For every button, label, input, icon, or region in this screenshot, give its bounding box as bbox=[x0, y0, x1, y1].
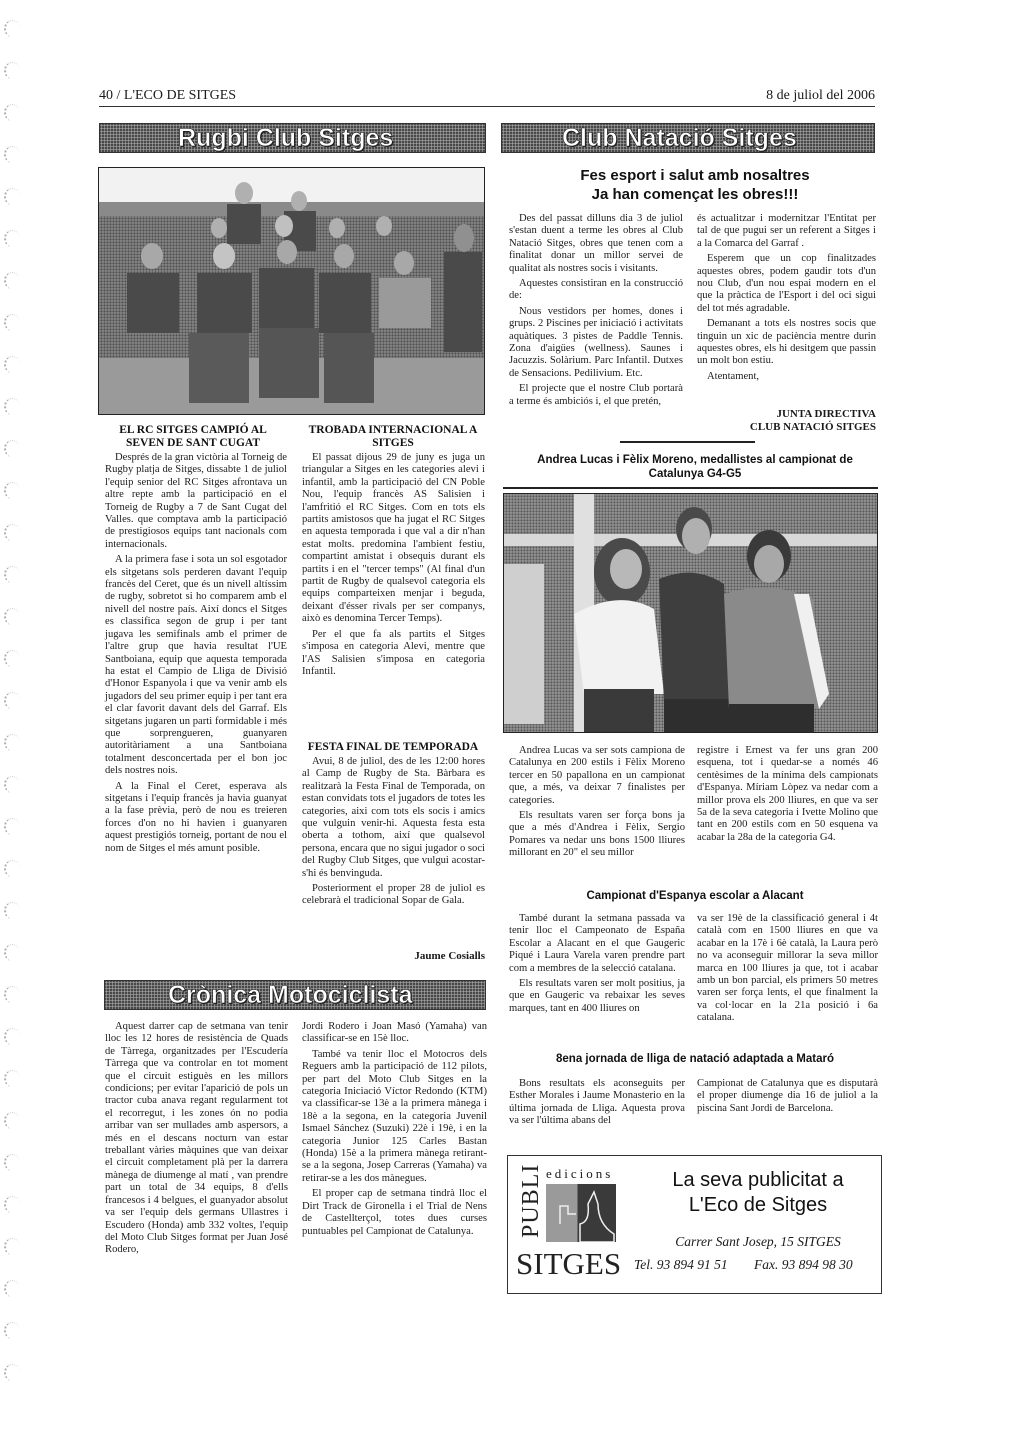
castle-logo-icon bbox=[546, 1184, 616, 1242]
ad-title: La seva publicitat a L'Eco de Sitges bbox=[638, 1168, 878, 1218]
article-title-festa-final: FESTA FINAL DE TEMPORADA bbox=[300, 741, 486, 754]
rugby-team-photo bbox=[98, 167, 485, 415]
article-body-mataro-col1: Bons resultats els aconseguits per Esthe… bbox=[509, 1078, 685, 1131]
ad-address: Carrer Sant Josep, 15 SITGES bbox=[638, 1234, 878, 1250]
article-body-medallistes-col1: Andrea Lucas va ser sots campiona de Cat… bbox=[509, 745, 685, 863]
article-body-festa-final: Avui, 8 de juliol, des de les 12:00 hore… bbox=[302, 756, 485, 911]
mataro-title: 8ena jornada de lliga de natació adaptad… bbox=[500, 1053, 890, 1065]
natacio-headline: Fes esport i salut amb nosaltres Ja han … bbox=[500, 166, 890, 204]
swimmers-medal-photo-image bbox=[504, 494, 878, 733]
ad-phone: Tel. 93 894 91 51 bbox=[634, 1257, 728, 1273]
divider bbox=[503, 487, 878, 489]
article-body-alacant-col1: També durant la setmana passada va tenir… bbox=[509, 913, 685, 1018]
article-body-obres-col2: és actualitzar i modernitzar l'Entitat p… bbox=[697, 213, 876, 386]
signature-junta-directiva: JUNTA DIRECTIVA CLUB NATACIÓ SITGES bbox=[697, 408, 876, 434]
article-body-moto-col1: Aquest darrer cap de setmana van tenir l… bbox=[105, 1021, 288, 1260]
article-body-obres-col1: Des del passat dilluns dia 3 de juliol s… bbox=[509, 213, 683, 411]
page-number-publication: 40 / L'ECO DE SITGES bbox=[99, 88, 236, 104]
author-signature-rugbi: Jaume Cosialls bbox=[302, 950, 485, 962]
alacant-title: Campionat d'Espanya escolar a Alacant bbox=[500, 890, 890, 902]
rugby-team-photo-image bbox=[99, 168, 485, 415]
section-banner-natacio: Club Natació Sitges bbox=[501, 123, 875, 153]
article-body-moto-col2: Jordi Rodero i Joan Masó (Yamaha) van cl… bbox=[302, 1021, 487, 1241]
medallistes-title: Andrea Lucas i Fèlix Moreno, medallistes… bbox=[500, 453, 890, 481]
article-body-trobada-internacional: El passat dijous 29 de juny es juga un t… bbox=[302, 452, 485, 681]
publi-sitges-advertisement: PUBLI edicions SITGES La seva publicitat… bbox=[507, 1155, 882, 1294]
divider bbox=[620, 441, 755, 443]
article-body-mataro-col2: Campionat de Catalunya que es disputarà … bbox=[697, 1078, 878, 1118]
page-header: 40 / L'ECO DE SITGES 8 de juliol del 200… bbox=[99, 88, 875, 107]
article-body-alacant-col2: va ser 19è de la classificació general i… bbox=[697, 913, 878, 1028]
article-body-medallistes-col2: registre i Ernest va fer uns gran 200 es… bbox=[697, 745, 878, 847]
article-title-rc-sitges-campio: EL RC SITGES CAMPIÓ AL SEVEN DE SANT CUG… bbox=[103, 424, 283, 450]
publi-edicions-logo: PUBLI edicions SITGES bbox=[516, 1162, 624, 1287]
section-banner-moto: Crònica Motociclista bbox=[104, 980, 486, 1010]
ad-fax: Fax. 93 894 98 30 bbox=[754, 1257, 853, 1273]
section-banner-rugbi: Rugbi Club Sitges bbox=[99, 123, 486, 153]
issue-date: 8 de juliol del 2006 bbox=[766, 88, 875, 104]
swimmers-medal-photo bbox=[503, 493, 878, 733]
article-title-trobada-internacional: TROBADA INTERNACIONAL A SITGES bbox=[300, 424, 486, 450]
article-body-rc-sitges-campio: Després de la gran victòria al Torneig d… bbox=[105, 452, 287, 858]
